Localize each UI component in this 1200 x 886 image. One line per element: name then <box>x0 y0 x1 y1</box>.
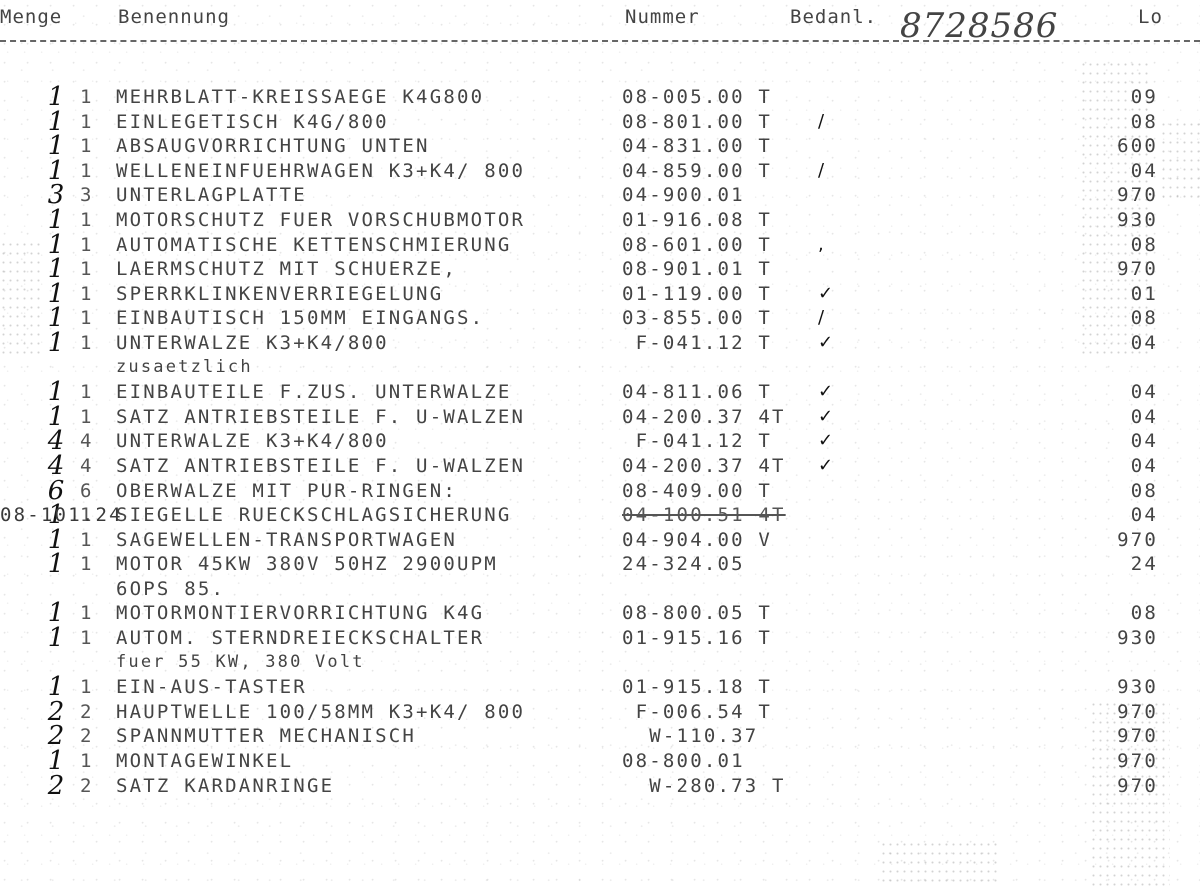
description: SIEGELLE RUECKSCHLAGSICHERUNG <box>116 504 512 526</box>
part-number: W-110.37 <box>622 725 758 747</box>
table-row: zusaetzlich <box>0 357 1200 382</box>
part-number: 04-100.51 4T <box>622 504 786 526</box>
part-number: 01-119.00 T <box>622 283 772 305</box>
quantity: 1 <box>80 283 94 305</box>
table-row: 11EIN-AUS-TASTER01-915.18 T930 <box>0 676 1200 701</box>
quantity: 1 <box>80 750 94 772</box>
quantity: 6 <box>80 480 94 502</box>
table-row: 11MEHRBLATT-KREISSAEGE K4G80008-005.00 T… <box>0 86 1200 111</box>
handwritten-quantity: 1 <box>42 328 70 358</box>
part-number: 08-901.01 T <box>622 258 772 280</box>
lo-code: 970 <box>1108 184 1158 206</box>
quantity: 1 <box>80 307 94 329</box>
header-menge: Menge <box>0 6 62 28</box>
lo-code: 04 <box>1108 504 1158 526</box>
part-number: 04-859.00 T <box>622 160 772 182</box>
quantity: 1 <box>80 381 94 403</box>
check-mark: ✓ <box>818 406 833 427</box>
header-benennung: Benennung <box>118 6 230 28</box>
table-row: 22SATZ KARDANRINGE W-280.73 T970 <box>0 775 1200 800</box>
part-number: 08-601.00 T <box>622 234 772 256</box>
description: UNTERWALZE K3+K4/800 <box>116 332 389 354</box>
description: SPANNMUTTER MECHANISCH <box>116 725 416 747</box>
check-mark: / <box>818 307 824 328</box>
quantity: 1 <box>80 258 94 280</box>
quantity: 4 <box>80 455 94 477</box>
table-row: 11EINBAUTISCH 150MM EINGANGS.03-855.00 T… <box>0 307 1200 332</box>
description: SATZ KARDANRINGE <box>116 775 334 797</box>
parts-list-document: Menge Benennung Nummer Bedanl. 8728586 L… <box>0 0 1200 886</box>
table-row: 11MOTORMONTIERVORRICHTUNG K4G08-800.05 T… <box>0 602 1200 627</box>
lo-code: 08 <box>1108 234 1158 256</box>
quantity: 1 <box>80 160 94 182</box>
quantity: 1 <box>80 332 94 354</box>
lo-code: 970 <box>1108 775 1158 797</box>
table-row: 11SIEGELLE RUECKSCHLAGSICHERUNG04-100.51… <box>0 504 1200 529</box>
part-number: 01-916.08 T <box>622 209 772 231</box>
check-mark: / <box>818 160 824 181</box>
table-row: 33UNTERLAGPLATTE04-900.01970 <box>0 184 1200 209</box>
description: MONTAGEWINKEL <box>116 750 293 772</box>
handwritten-note: 08-101.24 <box>0 504 123 526</box>
lo-code: 930 <box>1108 676 1158 698</box>
check-mark: ✓ <box>818 455 833 476</box>
column-header: Menge Benennung Nummer Bedanl. 8728586 L… <box>0 0 1200 36</box>
description: OBERWALZE MIT PUR-RINGEN: <box>116 480 457 502</box>
description: HAUPTWELLE 100/58MM K3+K4/ 800 <box>116 701 525 723</box>
description: UNTERLAGPLATTE <box>116 184 307 206</box>
table-row: 6OPS 85. <box>0 578 1200 603</box>
handwritten-quantity: 1 <box>42 623 70 653</box>
handwritten-quantity: 2 <box>42 771 70 801</box>
lo-code: 08 <box>1108 111 1158 133</box>
check-mark: / <box>818 111 824 132</box>
header-bedanl: Bedanl. <box>790 6 877 28</box>
quantity: 2 <box>80 701 94 723</box>
part-number: 08-801.00 T <box>622 111 772 133</box>
description: MOTOR 45KW 380V 50HZ 2900UPM <box>116 553 498 575</box>
table-row: 11EINBAUTEILE F.ZUS. UNTERWALZE04-811.06… <box>0 381 1200 406</box>
table-row: 11ABSAUGVORRICHTUNG UNTEN04-831.00 T600 <box>0 135 1200 160</box>
part-number: 08-409.00 T <box>622 480 772 502</box>
part-number: F-041.12 T <box>622 332 772 354</box>
description: WELLENEINFUEHRWAGEN K3+K4/ 800 <box>116 160 525 182</box>
table-row: 11SATZ ANTRIEBSTEILE F. U-WALZEN04-200.3… <box>0 406 1200 431</box>
lo-code: 600 <box>1108 135 1158 157</box>
lo-code: 970 <box>1108 725 1158 747</box>
part-number: 04-200.37 4T <box>622 455 786 477</box>
description: SPERRKLINKENVERRIEGELUNG <box>116 283 443 305</box>
lo-code: 970 <box>1108 529 1158 551</box>
check-mark: ✓ <box>818 430 833 451</box>
table-row: 11SAGEWELLEN-TRANSPORTWAGEN04-904.00 V97… <box>0 529 1200 554</box>
description: AUTOM. STERNDREIECKSCHALTER <box>116 627 484 649</box>
description: LAERMSCHUTZ MIT SCHUERZE, <box>116 258 457 280</box>
lo-code: 930 <box>1108 209 1158 231</box>
description: EIN-AUS-TASTER <box>116 676 307 698</box>
description: SATZ ANTRIEBSTEILE F. U-WALZEN <box>116 455 525 477</box>
lo-code: 01 <box>1108 283 1158 305</box>
part-number: 04-900.01 <box>622 184 745 206</box>
lo-code: 04 <box>1108 406 1158 428</box>
part-number: 03-855.00 T <box>622 307 772 329</box>
quantity: 1 <box>80 529 94 551</box>
part-number: 01-915.18 T <box>622 676 772 698</box>
part-number: 08-005.00 T <box>622 86 772 108</box>
table-row: 11MOTORSCHUTZ FUER VORSCHUBMOTOR01-916.0… <box>0 209 1200 234</box>
table-row: 44UNTERWALZE K3+K4/800 F-041.12 T✓04 <box>0 430 1200 455</box>
lo-code: 08 <box>1108 602 1158 624</box>
part-number: 01-915.16 T <box>622 627 772 649</box>
quantity: 1 <box>80 86 94 108</box>
table-row: 11SPERRKLINKENVERRIEGELUNG01-119.00 T✓01 <box>0 283 1200 308</box>
part-number: 04-831.00 T <box>622 135 772 157</box>
part-number: F-041.12 T <box>622 430 772 452</box>
table-row: 11MOTOR 45KW 380V 50HZ 2900UPM24-324.052… <box>0 553 1200 578</box>
description: zusaetzlich <box>116 357 253 377</box>
description: AUTOMATISCHE KETTENSCHMIERUNG <box>116 234 512 256</box>
quantity: 1 <box>80 627 94 649</box>
description: fuer 55 KW, 380 Volt <box>116 652 365 672</box>
table-row: 11AUTOMATISCHE KETTENSCHMIERUNG08-601.00… <box>0 234 1200 259</box>
header-divider <box>0 40 1200 42</box>
check-mark: ✓ <box>818 283 833 304</box>
header-lo: Lo <box>1138 6 1163 28</box>
quantity: 2 <box>80 775 94 797</box>
quantity: 1 <box>80 406 94 428</box>
lo-code: 04 <box>1108 455 1158 477</box>
table-row: 11LAERMSCHUTZ MIT SCHUERZE,08-901.01 T97… <box>0 258 1200 283</box>
table-row: 66OBERWALZE MIT PUR-RINGEN:08-409.00 T08 <box>0 480 1200 505</box>
lo-code: 04 <box>1108 332 1158 354</box>
scan-noise <box>880 840 1000 886</box>
check-mark: ✓ <box>818 332 833 353</box>
description: EINBAUTEILE F.ZUS. UNTERWALZE <box>116 381 512 403</box>
table-row: 44SATZ ANTRIEBSTEILE F. U-WALZEN04-200.3… <box>0 455 1200 480</box>
description: EINBAUTISCH 150MM EINGANGS. <box>116 307 484 329</box>
quantity: 3 <box>80 184 94 206</box>
part-number: 24-324.05 <box>622 553 745 575</box>
part-number: 04-904.00 V <box>622 529 772 551</box>
table-row: 11EINLEGETISCH K4G/80008-801.00 T/08 <box>0 111 1200 136</box>
description: MEHRBLATT-KREISSAEGE K4G800 <box>116 86 484 108</box>
description: ABSAUGVORRICHTUNG UNTEN <box>116 135 430 157</box>
check-mark: , <box>818 234 824 255</box>
quantity: 1 <box>80 602 94 624</box>
quantity: 1 <box>80 111 94 133</box>
description: 6OPS 85. <box>116 578 225 600</box>
table-row: 11MONTAGEWINKEL08-800.01970 <box>0 750 1200 775</box>
quantity: 1 <box>80 234 94 256</box>
parts-table: 11MEHRBLATT-KREISSAEGE K4G80008-005.00 T… <box>0 86 1200 799</box>
quantity: 1 <box>80 553 94 575</box>
lo-code: 930 <box>1108 627 1158 649</box>
part-number: 08-800.01 <box>622 750 745 772</box>
part-number: F-006.54 T <box>622 701 772 723</box>
lo-code: 04 <box>1108 381 1158 403</box>
quantity: 2 <box>80 725 94 747</box>
lo-code: 08 <box>1108 480 1158 502</box>
part-number: 04-811.06 T <box>622 381 772 403</box>
description: SAGEWELLEN-TRANSPORTWAGEN <box>116 529 457 551</box>
lo-code: 24 <box>1108 553 1158 575</box>
table-row: 11AUTOM. STERNDREIECKSCHALTER01-915.16 T… <box>0 627 1200 652</box>
table-row: 22HAUPTWELLE 100/58MM K3+K4/ 800 F-006.5… <box>0 701 1200 726</box>
lo-code: 970 <box>1108 750 1158 772</box>
handwritten-quantity: 1 <box>42 549 70 579</box>
quantity: 1 <box>80 135 94 157</box>
lo-code: 09 <box>1108 86 1158 108</box>
description: MOTORMONTIERVORRICHTUNG K4G <box>116 602 484 624</box>
quantity: 4 <box>80 430 94 452</box>
lo-code: 970 <box>1108 258 1158 280</box>
quantity: 1 <box>80 676 94 698</box>
table-row: fuer 55 KW, 380 Volt <box>0 652 1200 677</box>
table-row: 11UNTERWALZE K3+K4/800 F-041.12 T✓04 <box>0 332 1200 357</box>
description: EINLEGETISCH K4G/800 <box>116 111 389 133</box>
part-number: W-280.73 T <box>622 775 786 797</box>
description: MOTORSCHUTZ FUER VORSCHUBMOTOR <box>116 209 525 231</box>
lo-code: 04 <box>1108 430 1158 452</box>
check-mark: ✓ <box>818 381 833 402</box>
table-row: 22SPANNMUTTER MECHANISCH W-110.37970 <box>0 725 1200 750</box>
description: UNTERWALZE K3+K4/800 <box>116 430 389 452</box>
lo-code: 04 <box>1108 160 1158 182</box>
table-row: 11WELLENEINFUEHRWAGEN K3+K4/ 80004-859.0… <box>0 160 1200 185</box>
lo-code: 970 <box>1108 701 1158 723</box>
part-number: 08-800.05 T <box>622 602 772 624</box>
quantity: 1 <box>80 209 94 231</box>
lo-code: 08 <box>1108 307 1158 329</box>
description: SATZ ANTRIEBSTEILE F. U-WALZEN <box>116 406 525 428</box>
part-number: 04-200.37 4T <box>622 406 786 428</box>
header-nummer: Nummer <box>625 6 700 28</box>
